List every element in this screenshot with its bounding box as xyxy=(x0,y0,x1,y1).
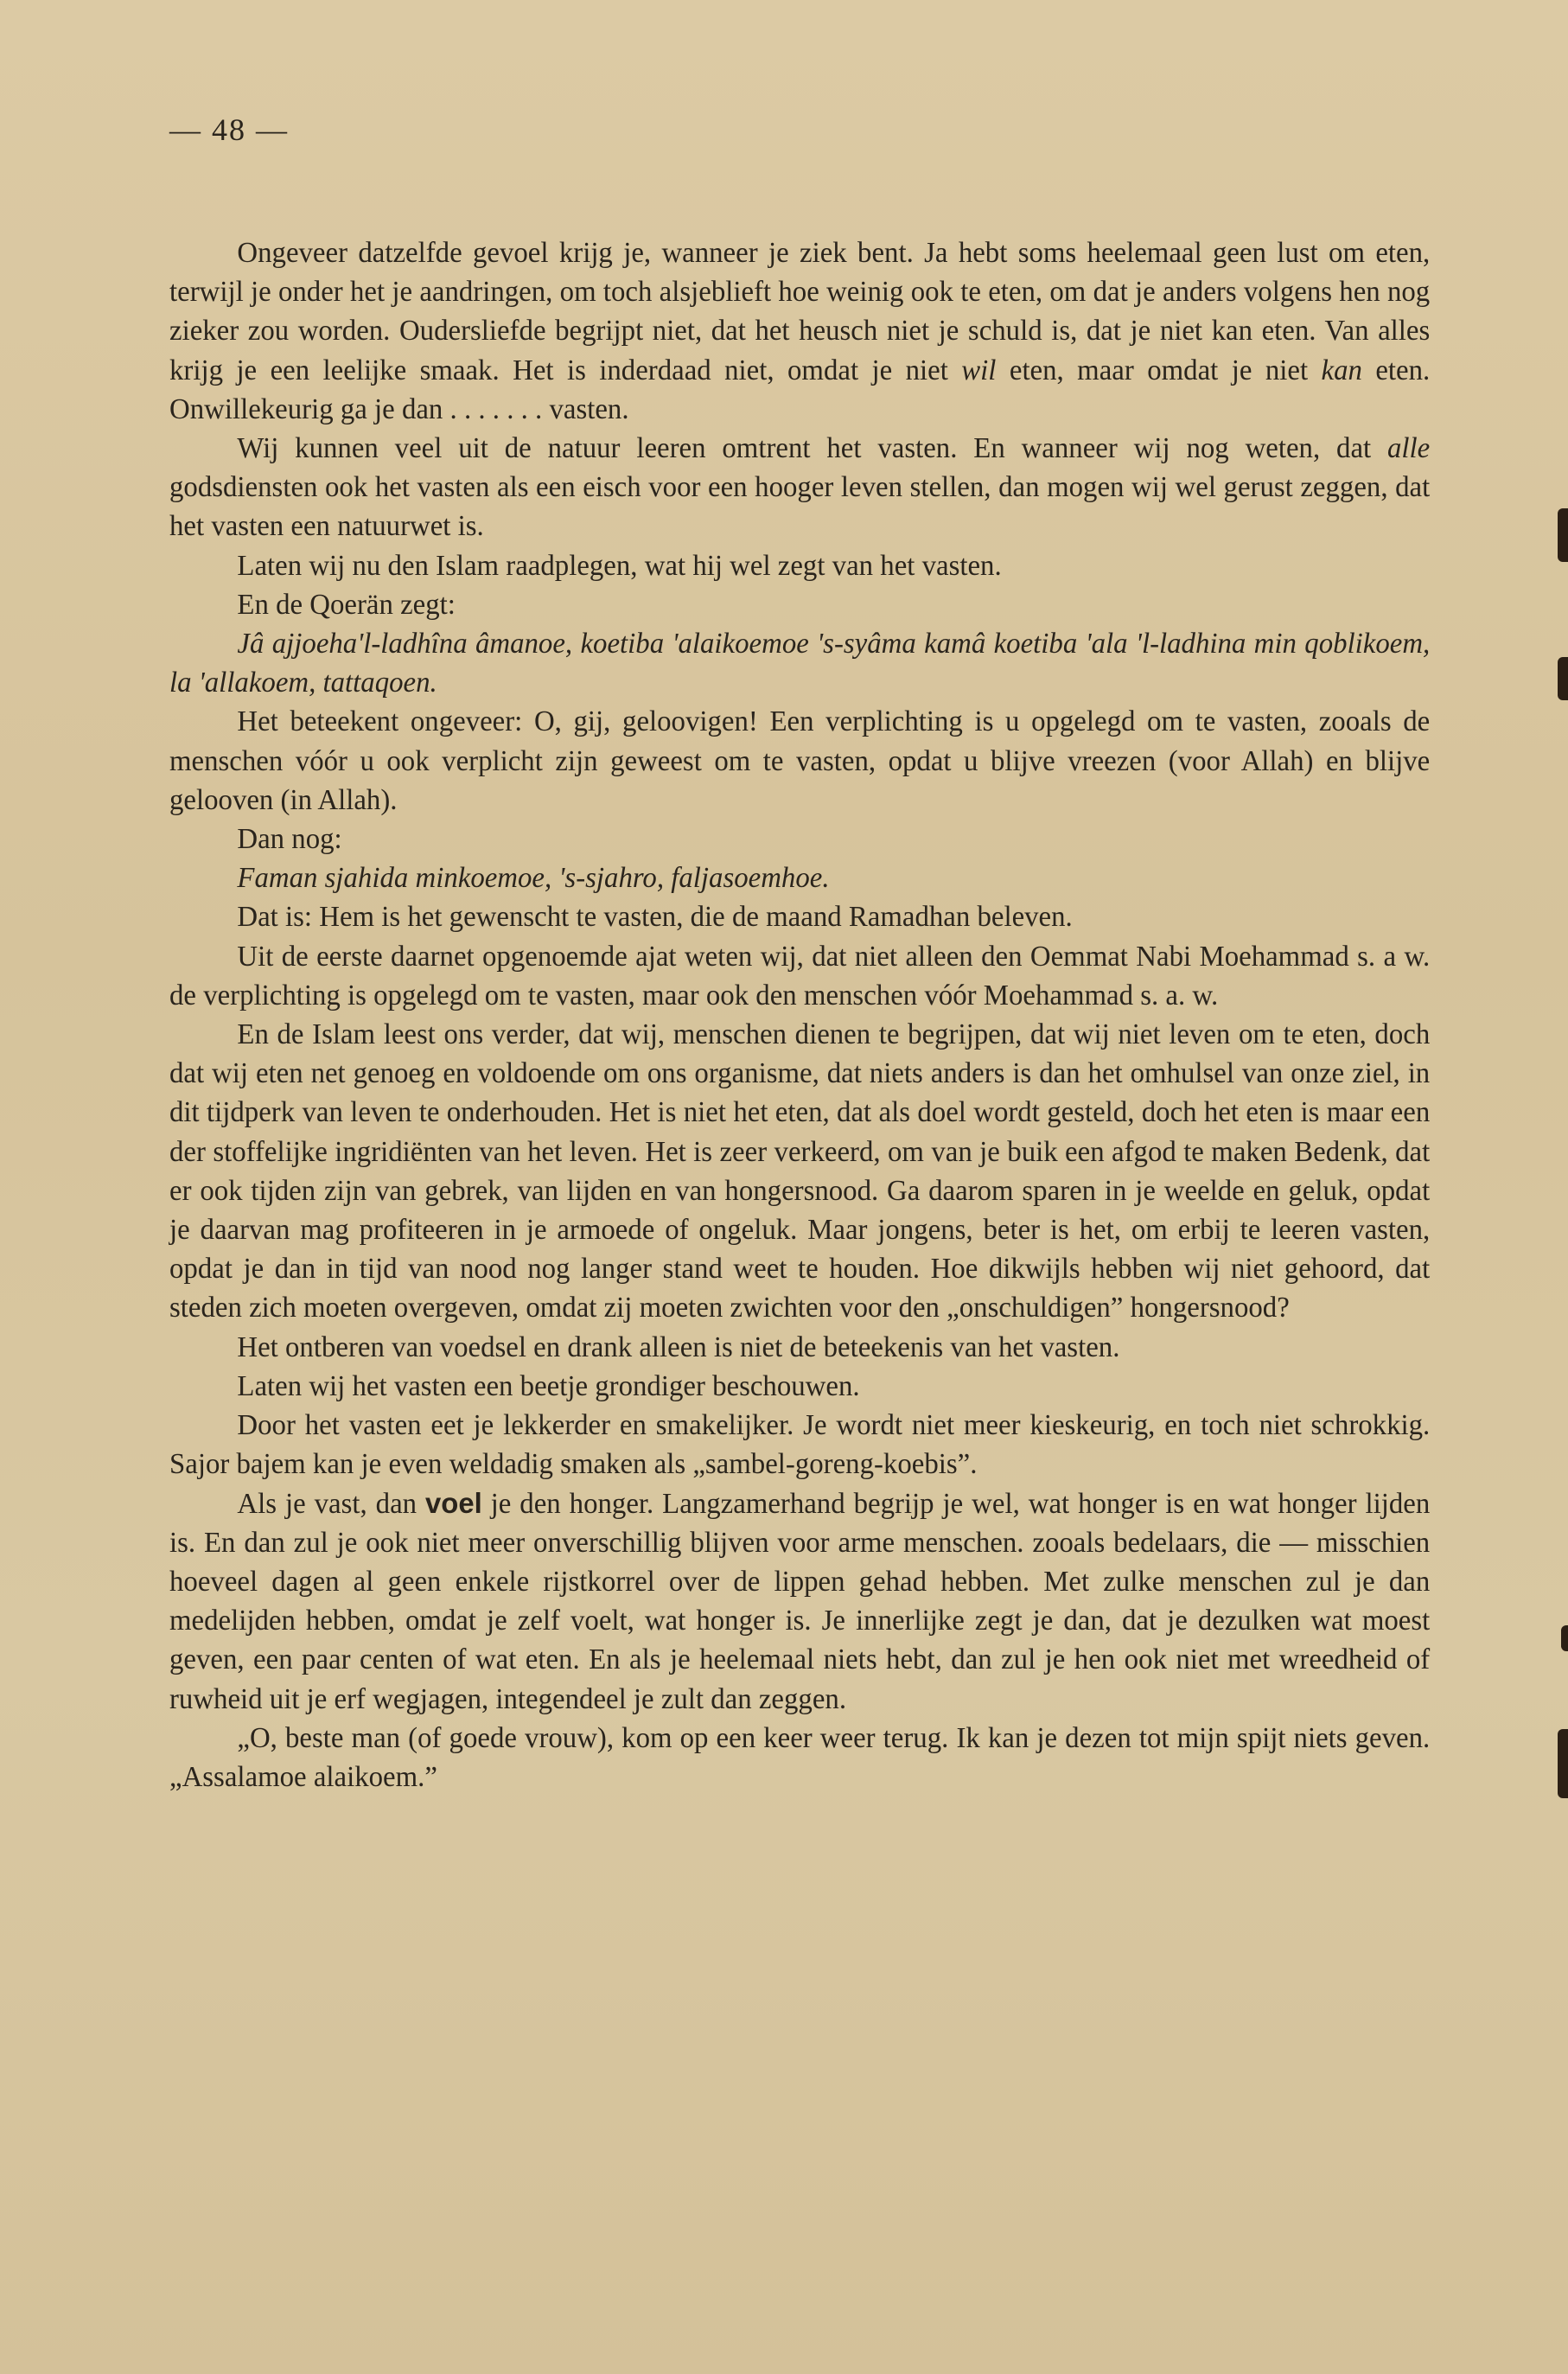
text-run: godsdiensten ook het vasten als een eisc… xyxy=(169,471,1430,542)
text-run: je den honger. Langzamerhand begrijp je … xyxy=(169,1488,1430,1715)
transliteration-paragraph: Faman sjahida minkoemoe, 's-sjahro, falj… xyxy=(169,858,1430,897)
text-run: „O, beste man (of goede vrouw), kom op e… xyxy=(169,1722,1430,1793)
paragraph: Dat is: Hem is het gewenscht te vasten, … xyxy=(169,897,1430,936)
paragraph: Laten wij het vasten een beetje grondige… xyxy=(169,1367,1430,1406)
book-page: — 48 — Ongeveer datzelfde gevoel krijg j… xyxy=(169,104,1456,1796)
text-run: Door het vasten eet je lekkerder en smak… xyxy=(169,1409,1430,1480)
page-body: Ongeveer datzelfde gevoel krijg je, wann… xyxy=(169,233,1430,1796)
paragraph: En de Qoerän zegt: xyxy=(169,585,1430,624)
text-run: En de Islam leest ons verder, dat wij, m… xyxy=(169,1018,1430,1324)
scan-edge-mark xyxy=(1558,657,1568,700)
paragraph: „O, beste man (of goede vrouw), kom op e… xyxy=(169,1719,1430,1796)
emphasis-bold: voel xyxy=(425,1488,482,1520)
text-run: Het beteekent ongeveer: O, gij, geloovig… xyxy=(169,705,1430,815)
scan-edge-mark xyxy=(1558,1729,1568,1798)
paragraph: Als je vast, dan voel je den honger. Lan… xyxy=(169,1484,1430,1719)
text-run: Dan nog: xyxy=(237,823,341,855)
scan-edge-mark xyxy=(1558,508,1568,562)
paragraph: Het beteekent ongeveer: O, gij, geloovig… xyxy=(169,702,1430,820)
text-run: Wij kunnen veel uit de natuur leeren omt… xyxy=(237,432,1387,464)
text-run: En de Qoerän zegt: xyxy=(237,589,456,621)
emphasis-italic: Faman sjahida minkoemoe, 's-sjahro, falj… xyxy=(237,862,829,894)
paragraph: En de Islam leest ons verder, dat wij, m… xyxy=(169,1015,1430,1328)
transliteration-paragraph: Jâ ajjoeha'l-ladhîna âmanoe, koetiba 'al… xyxy=(169,624,1430,702)
emphasis-italic: alle xyxy=(1387,432,1430,464)
paragraph: Het ontberen van voedsel en drank alleen… xyxy=(169,1328,1430,1367)
text-run: Als je vast, dan xyxy=(237,1488,425,1520)
paragraph: Door het vasten eet je lekkerder en smak… xyxy=(169,1406,1430,1484)
emphasis-italic: Jâ ajjoeha'l-ladhîna âmanoe, koetiba 'al… xyxy=(169,628,1430,699)
text-run: Uit de eerste daarnet opgenoemde ajat we… xyxy=(169,941,1430,1012)
text-run: Dat is: Hem is het gewenscht te vasten, … xyxy=(237,901,1072,933)
emphasis-italic: kan xyxy=(1322,354,1362,386)
paragraph: Uit de eerste daarnet opgenoemde ajat we… xyxy=(169,937,1430,1015)
text-run: eten, maar omdat je niet xyxy=(996,354,1321,386)
text-run: Laten wij nu den Islam raadplegen, wat h… xyxy=(237,550,1001,582)
paragraph: Ongeveer datzelfde gevoel krijg je, wann… xyxy=(169,233,1430,429)
text-run: Het ontberen van voedsel en drank alleen… xyxy=(237,1331,1119,1363)
text-run: Laten wij het vasten een beetje grondige… xyxy=(237,1370,859,1402)
paragraph: Dan nog: xyxy=(169,820,1430,858)
scan-edge-mark xyxy=(1561,1625,1568,1651)
page-number: — 48 — xyxy=(169,104,1456,156)
emphasis-italic: wil xyxy=(961,354,996,386)
paragraph: Wij kunnen veel uit de natuur leeren omt… xyxy=(169,429,1430,546)
paragraph: Laten wij nu den Islam raadplegen, wat h… xyxy=(169,546,1430,585)
